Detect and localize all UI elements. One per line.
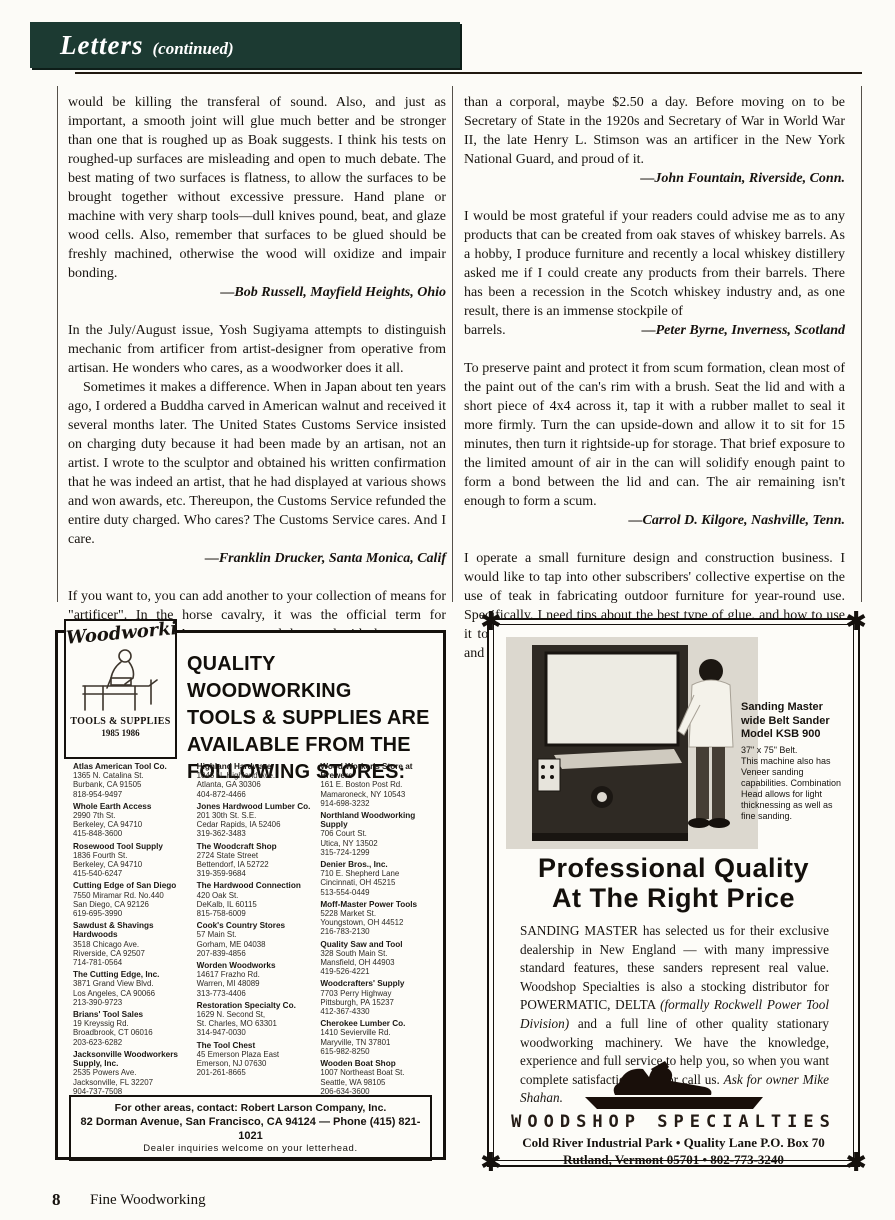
letter-signature: —John Fountain, Riverside, Conn. [464, 169, 845, 188]
letter-paragraph: would be killing the transferal of sound… [68, 93, 446, 283]
store-listing: Jones Hardwood Lumber Co. 201 30th St. S… [197, 802, 312, 839]
page-number: 8 [52, 1190, 61, 1210]
store-name: Wood Worker's Store at Brewers [320, 762, 435, 780]
product-spec-block: Sanding Master wide Belt Sander Model KS… [741, 701, 847, 822]
store-city: Emerson, NJ 07630 [197, 1059, 312, 1068]
magazine-page: Letters (continued) would be killing the… [0, 0, 895, 1220]
letters-left-column: would be killing the transferal of sound… [68, 93, 446, 663]
sanding-machine-photo [506, 637, 758, 849]
store-listing: Cherokee Lumber Co. 1410 Sevierville Rd.… [320, 1019, 435, 1056]
store-phone: 714-781-0564 [73, 958, 188, 967]
store-listing: The Woodcraft Shop 2724 State Street Bet… [197, 842, 312, 879]
store-address: 2535 Powers Ave. [73, 1068, 188, 1077]
store-address: 161 E. Boston Post Rd. [320, 780, 435, 789]
headline-line: At The Right Price [494, 883, 853, 913]
store-name: Jones Hardwood Lumber Co. [197, 802, 312, 811]
store-listing: Moff-Master Power Tools 5228 Market St. … [320, 900, 435, 937]
company-address: Cold River Industrial Park • Quality Lan… [494, 1134, 853, 1151]
store-city: Maryville, TN 37801 [320, 1038, 435, 1047]
store-city: St. Charles, MO 63301 [197, 1019, 312, 1028]
store-name: Atlas American Tool Co. [73, 762, 188, 771]
store-city: San Diego, CA 92126 [73, 900, 188, 909]
letter-paragraph: To preserve paint and protect it from sc… [464, 359, 845, 511]
store-phone: 419-526-4221 [320, 967, 435, 976]
store-city: Atlanta, GA 30306 [197, 780, 312, 789]
column-rule-right [861, 86, 862, 602]
store-city: Los Angeles, CA 90066 [73, 989, 188, 998]
store-city: Cedar Rapids, IA 52406 [197, 820, 312, 829]
letter-signature: —Bob Russell, Mayfield Heights, Ohio [68, 283, 446, 302]
store-listing: Woodcrafters' Supply 7703 Perry Highway … [320, 979, 435, 1016]
store-name: Denier Bros., Inc. [320, 860, 435, 869]
store-address: 3518 Chicago Ave. [73, 940, 188, 949]
store-phone: 615-982-8250 [320, 1047, 435, 1056]
header-divider [75, 72, 862, 74]
letter-tail-line: barrels. —Peter Byrne, Inverness, Scotla… [464, 321, 845, 340]
letter-paragraph: than a corporal, maybe $2.50 a day. Befo… [464, 93, 845, 169]
store-name: Rosewood Tool Supply [73, 842, 188, 851]
contact-line: For other areas, contact: Robert Larson … [75, 1102, 426, 1115]
store-listing: Quality Saw and Tool 328 South Main St. … [320, 940, 435, 977]
store-city: Mamaroneck, NY 10543 [320, 790, 435, 799]
store-phone: 412-367-4330 [320, 1007, 435, 1016]
store-listing: Cook's Country Stores 57 Main St. Gorham… [197, 921, 312, 958]
store-address: 1410 Sevierville Rd. [320, 1028, 435, 1037]
store-address: 14617 Frazho Rd. [197, 970, 312, 979]
woodshop-specialties-ad: ✱ ✱ ✱ ✱ [487, 618, 860, 1167]
store-address: 7550 Miramar Rd. No.440 [73, 891, 188, 900]
store-phone: 319-362-3483 [197, 829, 312, 838]
store-name: Northland Woodworking Supply [320, 811, 435, 829]
store-column-2: Highland Hardware 1045 N. Highland Ave. … [197, 762, 312, 1099]
store-name: Sawdust & Shavings Hardwoods [73, 921, 188, 939]
store-phone: 216-783-2130 [320, 927, 435, 936]
store-address: 1836 Fourth St. [73, 851, 188, 860]
store-address: 1007 Northeast Boat St. [320, 1068, 435, 1077]
store-city: Mansfield, OH 44903 [320, 958, 435, 967]
store-listing: Brians' Tool Sales 19 Kreyssig Rd. Broad… [73, 1010, 188, 1047]
section-subtitle: (continued) [152, 34, 233, 57]
store-listing: Sawdust & Shavings Hardwoods 3518 Chicag… [73, 921, 188, 967]
workbench-illustration [73, 644, 169, 716]
store-address: 1365 N. Catalina St. [73, 771, 188, 780]
store-listing: Atlas American Tool Co. 1365 N. Catalina… [73, 762, 188, 799]
store-city: Seattle, WA 98105 [320, 1078, 435, 1087]
store-city: Broadbrook, CT 06016 [73, 1028, 188, 1037]
letter-signature: —Peter Byrne, Inverness, Scotland [642, 321, 845, 340]
store-name: The Woodcraft Shop [197, 842, 312, 851]
store-city: Bettendorf, IA 52722 [197, 860, 312, 869]
store-address: 1629 N. Second St, [197, 1010, 312, 1019]
store-city: Cincinnati, OH 45215 [320, 878, 435, 887]
store-address: 1045 N. Highland Ave. [197, 771, 312, 780]
store-listing: Restoration Specialty Co. 1629 N. Second… [197, 1001, 312, 1038]
store-phone: 313-773-4406 [197, 989, 312, 998]
letter-signature: —Carrol D. Kilgore, Nashville, Tenn. [464, 511, 845, 530]
store-address: 710 E. Shepherd Lane [320, 869, 435, 878]
store-name: Brians' Tool Sales [73, 1010, 188, 1019]
store-listing: Rosewood Tool Supply 1836 Fourth St. Ber… [73, 842, 188, 879]
store-listings: Atlas American Tool Co. 1365 N. Catalina… [73, 762, 435, 1099]
store-phone: 319-359-9684 [197, 869, 312, 878]
store-phone: 619-695-3990 [73, 909, 188, 918]
store-listing: Wood Worker's Store at Brewers 161 E. Bo… [320, 762, 435, 808]
store-listing: The Cutting Edge, Inc. 3871 Grand View B… [73, 970, 188, 1007]
store-address: 420 Oak St. [197, 891, 312, 900]
store-listing: The Hardwood Connection 420 Oak St. DeKa… [197, 881, 312, 918]
store-column-3: Wood Worker's Store at Brewers 161 E. Bo… [320, 762, 435, 1099]
store-name: Moff-Master Power Tools [320, 900, 435, 909]
store-name: Woodcrafters' Supply [320, 979, 435, 988]
product-belt-size: 37" x 75" Belt. [741, 745, 847, 756]
store-name: Cutting Edge of San Diego [73, 881, 188, 890]
store-phone: 314-947-0030 [197, 1028, 312, 1037]
store-city: Riverside, CA 92507 [73, 949, 188, 958]
store-phone: 404-872-4466 [197, 790, 312, 799]
store-city: Burbank, CA 91505 [73, 780, 188, 789]
woodshop-ad-headline: Professional Quality At The Right Price [494, 853, 853, 913]
logo-caption: TOOLS & SUPPLIES [66, 716, 175, 728]
store-listing: Northland Woodworking Supply 706 Court S… [320, 811, 435, 857]
store-listing: The Tool Chest 45 Emerson Plaza East Eme… [197, 1041, 312, 1078]
store-name: Quality Saw and Tool [320, 940, 435, 949]
product-description: This machine also has Veneer sanding cap… [741, 756, 847, 822]
product-title: Sanding Master wide Belt Sander Model KS… [741, 701, 847, 742]
store-phone: 513-554-0449 [320, 888, 435, 897]
headline-line: Professional Quality [494, 853, 853, 883]
store-city: DeKalb, IL 60115 [197, 900, 312, 909]
store-phone: 415-540-6247 [73, 869, 188, 878]
corner-ornament-icon: ✱ [845, 609, 867, 635]
store-name: The Cutting Edge, Inc. [73, 970, 188, 979]
larson-contact-box: For other areas, contact: Robert Larson … [69, 1095, 432, 1161]
letter-paragraph: I would be most grateful if your readers… [464, 207, 845, 321]
store-city: Berkeley, CA 94710 [73, 820, 188, 829]
store-city: Utica, NY 13502 [320, 839, 435, 848]
store-address: 7703 Perry Highway [320, 989, 435, 998]
store-phone: 914-698-3232 [320, 799, 435, 808]
store-address: 2990 7th St. [73, 811, 188, 820]
store-address: 201 30th St. S.E. [197, 811, 312, 820]
store-listing: Wooden Boat Shop 1007 Northeast Boat St.… [320, 1059, 435, 1096]
store-address: 45 Emerson Plaza East [197, 1050, 312, 1059]
store-name: Highland Hardware [197, 762, 312, 771]
letter-tail-text: barrels. [464, 321, 506, 340]
column-rule-left [57, 86, 58, 602]
store-phone: 315-724-1299 [320, 848, 435, 857]
store-name: Jacksonville Woodworkers Supply, Inc. [73, 1050, 188, 1068]
corner-ornament-icon: ✱ [480, 609, 502, 635]
store-column-1: Atlas American Tool Co. 1365 N. Catalina… [73, 762, 188, 1099]
store-phone: 818-954-9497 [73, 790, 188, 799]
store-phone: 415-848-3600 [73, 829, 188, 838]
logo-years: 1985 1986 [66, 728, 175, 739]
ad-inner-border: ✱ ✱ ✱ ✱ [493, 624, 854, 1161]
store-phone: 201-261-8665 [197, 1068, 312, 1077]
store-city: Jacksonville, FL 32207 [73, 1078, 188, 1087]
store-listing: Whole Earth Access 2990 7th St. Berkeley… [73, 802, 188, 839]
store-city: Gorham, ME 04038 [197, 940, 312, 949]
store-address: 2724 State Street [197, 851, 312, 860]
store-city: Warren, MI 48089 [197, 979, 312, 988]
store-name: Cook's Country Stores [197, 921, 312, 930]
store-phone: 213-390-9723 [73, 998, 188, 1007]
company-phone-line: Rutland, Vermont 05701 • 802-773-3240 [494, 1151, 853, 1168]
store-name: Worden Woodworks [197, 961, 312, 970]
store-listing: Worden Woodworks 14617 Frazho Rd. Warren… [197, 961, 312, 998]
store-address: 3871 Grand View Blvd. [73, 979, 188, 988]
contact-line: Dealer inquiries welcome on your letterh… [75, 1143, 426, 1155]
store-listing: Denier Bros., Inc. 710 E. Shepherd Lane … [320, 860, 435, 897]
store-city: Berkeley, CA 94710 [73, 860, 188, 869]
page-header-banner: Letters (continued) [30, 22, 460, 68]
letter-paragraph: Sometimes it makes a difference. When in… [68, 378, 446, 549]
letter-signature: —Franklin Drucker, Santa Monica, Calif [68, 549, 446, 568]
store-phone: 815-758-6009 [197, 909, 312, 918]
woodworking-tools-logo: Woodworking TOOLS & SUPPLIES 1985 1986 [64, 619, 177, 759]
hand-plane-logo [494, 1059, 853, 1116]
store-listing: Cutting Edge of San Diego 7550 Miramar R… [73, 881, 188, 918]
contact-line: 82 Dorman Avenue, San Francisco, CA 9412… [75, 1115, 426, 1143]
section-title: Letters [60, 32, 143, 59]
store-name: Restoration Specialty Co. [197, 1001, 312, 1010]
letters-right-column: than a corporal, maybe $2.50 a day. Befo… [464, 93, 845, 682]
larson-stores-ad: Woodworking TOOLS & SUPPLIES 1985 1986 Q… [55, 630, 446, 1160]
magazine-title: Fine Woodworking [90, 1192, 206, 1209]
store-address: 328 South Main St. [320, 949, 435, 958]
store-listing: Highland Hardware 1045 N. Highland Ave. … [197, 762, 312, 799]
store-address: 19 Kreyssig Rd. [73, 1019, 188, 1028]
store-address: 5228 Market St. [320, 909, 435, 918]
store-address: 706 Court St. [320, 829, 435, 838]
letter-paragraph: In the July/August issue, Yosh Sugiyama … [68, 321, 446, 378]
store-phone: 203-623-6282 [73, 1038, 188, 1047]
store-listing: Jacksonville Woodworkers Supply, Inc. 25… [73, 1050, 188, 1096]
store-name: Whole Earth Access [73, 802, 188, 811]
store-name: Cherokee Lumber Co. [320, 1019, 435, 1028]
store-name: The Hardwood Connection [197, 881, 312, 890]
store-city: Pittsburgh, PA 15237 [320, 998, 435, 1007]
store-name: Wooden Boat Shop [320, 1059, 435, 1068]
column-rule-middle [452, 86, 453, 602]
company-name: WOODSHOP SPECIALTIES [494, 1114, 853, 1131]
store-city: Youngstown, OH 44512 [320, 918, 435, 927]
store-phone: 207-839-4856 [197, 949, 312, 958]
store-name: The Tool Chest [197, 1041, 312, 1050]
store-address: 57 Main St. [197, 930, 312, 939]
